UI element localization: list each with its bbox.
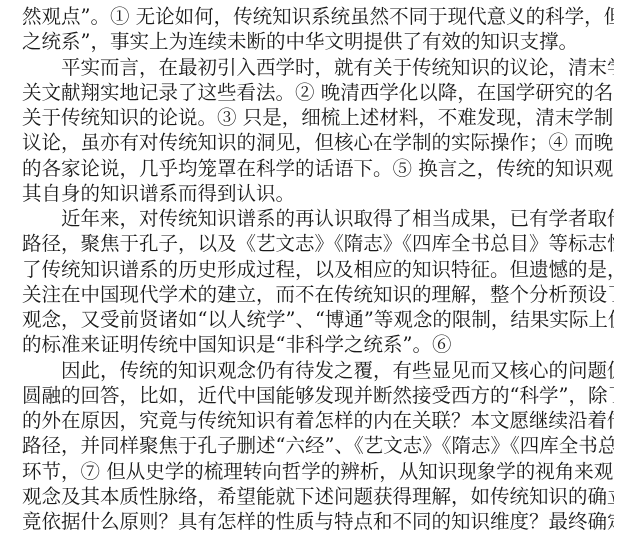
text-line: 平实而言，在最初引入西学时，就有关于传统知识的议论，清末学制改革的相 — [22, 55, 614, 80]
text-line: 之统系”，事实上为连续未断的中华文明提供了有效的知识支撑。 — [22, 29, 614, 54]
paragraph-2: 平实而言，在最初引入西学时，就有关于传统知识的议论，清末学制改革的相 关文献翔实… — [22, 55, 614, 207]
text-line: 其自身的知识谱系而得到认识。 — [22, 181, 614, 206]
text-line: 竟依据什么原则？具有怎样的性质与特点和不同的知识维度？最终确定了怎样的知 — [22, 509, 614, 534]
text-line: 近年来，对传统知识谱系的再认识取得了相当成果，已有学者取传统目录学的 — [22, 206, 614, 231]
text-line: 关于传统知识的论说。③ 只是，细梳上述材料，不难发现，清末学制改革中的各类 — [22, 105, 614, 130]
text-line: 路径，并同样聚焦于孔子删述“六经”、《艺文志》《隋志》《四库全书总目》等关键 — [22, 433, 614, 458]
paragraph-4: 因此，传统的知识观念仍有待发之覆，有些显见而又核心的问题仍然需要得到 圆融的回答… — [22, 358, 614, 535]
paragraph-3: 近年来，对传统知识谱系的再认识取得了相当成果，已有学者取传统目录学的 路径，聚焦… — [22, 206, 614, 358]
text-line: 关文献翔实地记录了这些看法。② 晚清西学化以降，在国学研究的名义下也不断有 — [22, 80, 614, 105]
text-line: 路径，聚焦于孔子，以及《艺文志》《隋志》《四库全书总目》等标志性著作，阐明 — [22, 231, 614, 256]
text-line: 观念及其本质性脉络，希望能就下述问题获得理解，如传统知识的确立及其衍化究 — [22, 484, 614, 509]
text-line: 的各家论说，几乎均笼罩在科学的话语下。⑤ 换言之，传统的知识观念始终未能依 — [22, 156, 614, 181]
document-page: 然观点”。① 无论如何，传统知识系统虽然不同于现代意义的科学，但作为“非科学 之… — [22, 4, 614, 534]
text-line: 的标准来证明传统中国知识是“非科学之统系”。⑥ — [22, 332, 614, 357]
text-line: 观念，又受前贤诸如“以人统学”、“博通”等观念的限制，结果实际上仍是以科学 — [22, 307, 614, 332]
text-line: 因此，传统的知识观念仍有待发之覆，有些显见而又核心的问题仍然需要得到 — [22, 358, 614, 383]
text-line: 圆融的回答，比如，近代中国能够发现并断然接受西方的“科学”，除了社会与历史 — [22, 383, 614, 408]
paragraph-1: 然观点”。① 无论如何，传统知识系统虽然不同于现代意义的科学，但作为“非科学 之… — [22, 4, 614, 55]
text-line: 环节，⑦ 但从史学的梳理转向哲学的辨析，从知识现象学的视角来观察传统的知识 — [22, 459, 614, 484]
text-line: 了传统知识谱系的历史形成过程，以及相应的知识特征。但遗憾的是，由于作者的 — [22, 257, 614, 282]
text-line: 议论，虽亦有对传统知识的洞见，但核心在学制的实际操作；④ 而晚清西学化以降 — [22, 130, 614, 155]
text-line: 关注在中国现代学术的建立，而不在传统知识的理解，整个分析预设了强烈的科学 — [22, 282, 614, 307]
text-line: 的外在原因，究竟与传统知识有着怎样的内在关联？本文愿继续沿着传统目录学的 — [22, 408, 614, 433]
text-line: 然观点”。① 无论如何，传统知识系统虽然不同于现代意义的科学，但作为“非科学 — [22, 4, 614, 29]
